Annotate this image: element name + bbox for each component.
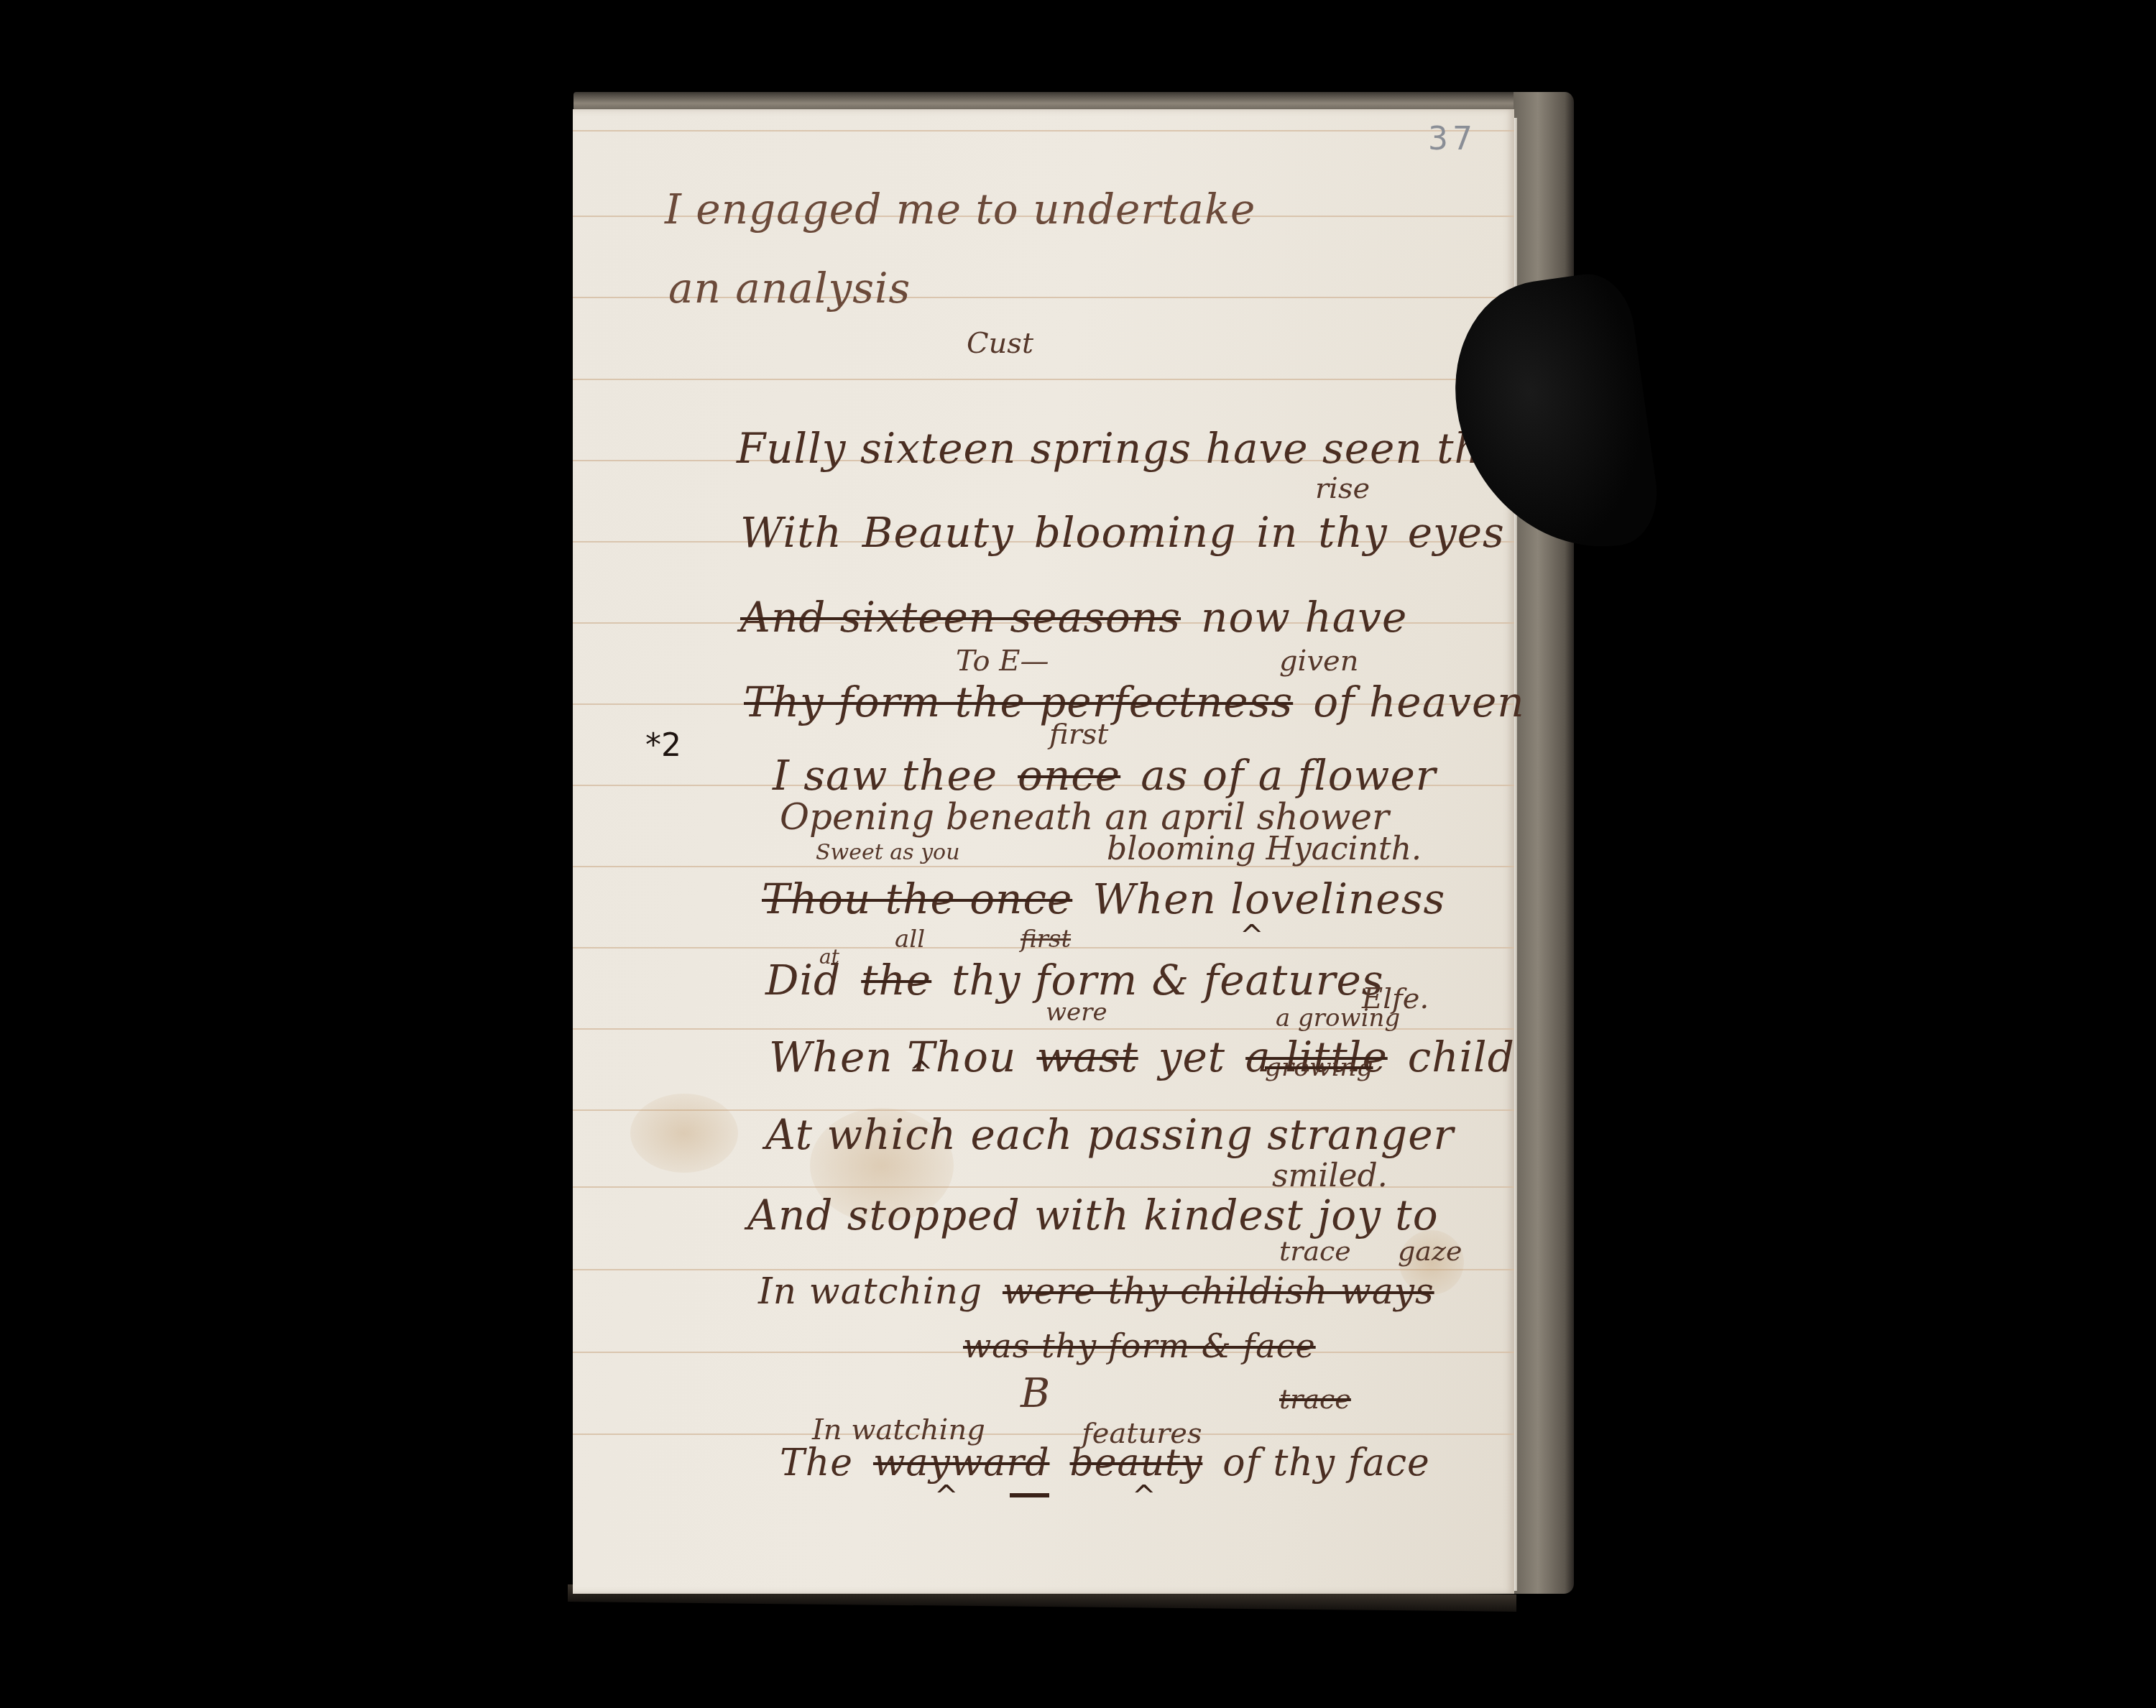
line-text: I saw thee (773, 751, 998, 800)
insertion-trace: trace (1279, 1237, 1351, 1265)
insertion-first: first (1049, 720, 1108, 749)
manuscript-line-15: At which each passing stranger (765, 1114, 1454, 1155)
word: eyes (1408, 508, 1505, 557)
deleted-text: Thy form the perfectness (744, 678, 1293, 726)
insertion-sweet-as-you: Sweet as you (816, 842, 959, 864)
manuscript-line-13: When Thouwastyeta littlechild (769, 1036, 1515, 1078)
insertion-to-e: To E— (956, 647, 1049, 675)
deleted-text: were thy childish ways (1003, 1270, 1434, 1312)
insertion-blooming-hyacinth: blooming Hyacinth. (1107, 834, 1422, 865)
insertion-trace-deleted: trace (1279, 1385, 1351, 1413)
manuscript-line-5: WithBeautybloominginthyeyes (740, 512, 1505, 553)
line-text: now have (1201, 593, 1407, 642)
caret-mark: ^ (934, 1480, 959, 1513)
manuscript-line-18: was thy form & face (963, 1329, 1336, 1362)
insertion-all: all (895, 927, 925, 951)
line-text: When loveliness (1092, 874, 1445, 923)
manuscript-line-2: an analysis (668, 267, 911, 309)
ruled-line (573, 1434, 1514, 1435)
manuscript-line-1: I engaged me to undertake (665, 188, 1256, 230)
insertion-were: were (1046, 1000, 1107, 1025)
manuscript-line-6: And sixteen seasonsnow have (740, 596, 1407, 638)
manuscript-line-3: Cust (967, 329, 1033, 358)
line-text: of thy face (1222, 1441, 1430, 1485)
line-text: When Thou (769, 1033, 1016, 1081)
margin-marker: *2 (645, 727, 681, 764)
line-text: In watching (758, 1270, 982, 1312)
ruled-line (573, 130, 1514, 131)
manuscript-line-16: And stopped with kindest joy to (747, 1194, 1439, 1236)
manuscript-line-17: In watchingwere thy childish ways (758, 1273, 1434, 1309)
insertion-in-watching: In watching (812, 1416, 985, 1444)
insertion-elfe: Elfe. (1362, 984, 1429, 1013)
deleted-text: beauty (1070, 1441, 1203, 1485)
line-text: The (780, 1441, 853, 1485)
line-text: thy form & features (952, 956, 1383, 1005)
line-text: of heaven (1313, 678, 1525, 726)
cover-top-edge (573, 92, 1572, 111)
word: thy (1318, 508, 1387, 557)
paper-stain (630, 1094, 738, 1173)
word: blooming (1034, 508, 1237, 557)
manuscript-line-11: Thou the onceWhen loveliness (762, 878, 1445, 920)
caret-mark: ^ (1132, 1480, 1156, 1513)
manuscript-line-9: Opening beneath an april shower (780, 799, 1389, 835)
ruled-line (573, 379, 1514, 380)
deleted-text: wast (1036, 1033, 1138, 1081)
folio-number: 37 (1428, 121, 1477, 157)
line-text: yet (1158, 1033, 1225, 1081)
deleted-text: Thou the once (762, 874, 1072, 923)
line-text: Did (765, 956, 841, 1005)
manuscript-line-20: Thewaywardbeautyof thy face (780, 1444, 1430, 1482)
deleted-text: was thy form & face (963, 1326, 1316, 1365)
line-text: child (1408, 1033, 1515, 1081)
deleted-text: wayward (873, 1441, 1050, 1485)
insertion-rise: rise (1315, 474, 1370, 503)
word: With (740, 508, 842, 557)
notebook: 37 (568, 92, 1574, 1608)
deleted-text: And sixteen seasons (740, 593, 1181, 642)
caret-mark: ^ (1240, 920, 1264, 953)
insertion-smiled: smiled. (1272, 1160, 1388, 1192)
insertion-given: given (1279, 647, 1358, 675)
word: Beauty (862, 508, 1014, 557)
word: in (1256, 508, 1298, 557)
manuscript-line-4: Fully sixteen springs have seen thy (737, 428, 1506, 469)
manuscript-line-12: Didthethy form & features (765, 959, 1384, 1001)
caret-mark: ^ (909, 1056, 934, 1089)
insertion-first-deleted: first (1021, 927, 1071, 951)
deleted-text: once (1018, 751, 1120, 800)
dash-mark (1010, 1493, 1049, 1497)
mark-b: B (1021, 1374, 1050, 1414)
insertion-gaze: gaze (1398, 1237, 1462, 1265)
manuscript-line-8: I saw theeonceas of a flower (773, 754, 1436, 796)
deleted-text: the (861, 956, 931, 1005)
deleted-growing: growing (1265, 1055, 1373, 1081)
manuscript-line-7: Thy form the perfectnessof heaven (744, 681, 1525, 723)
line-text: as of a flower (1141, 751, 1436, 800)
